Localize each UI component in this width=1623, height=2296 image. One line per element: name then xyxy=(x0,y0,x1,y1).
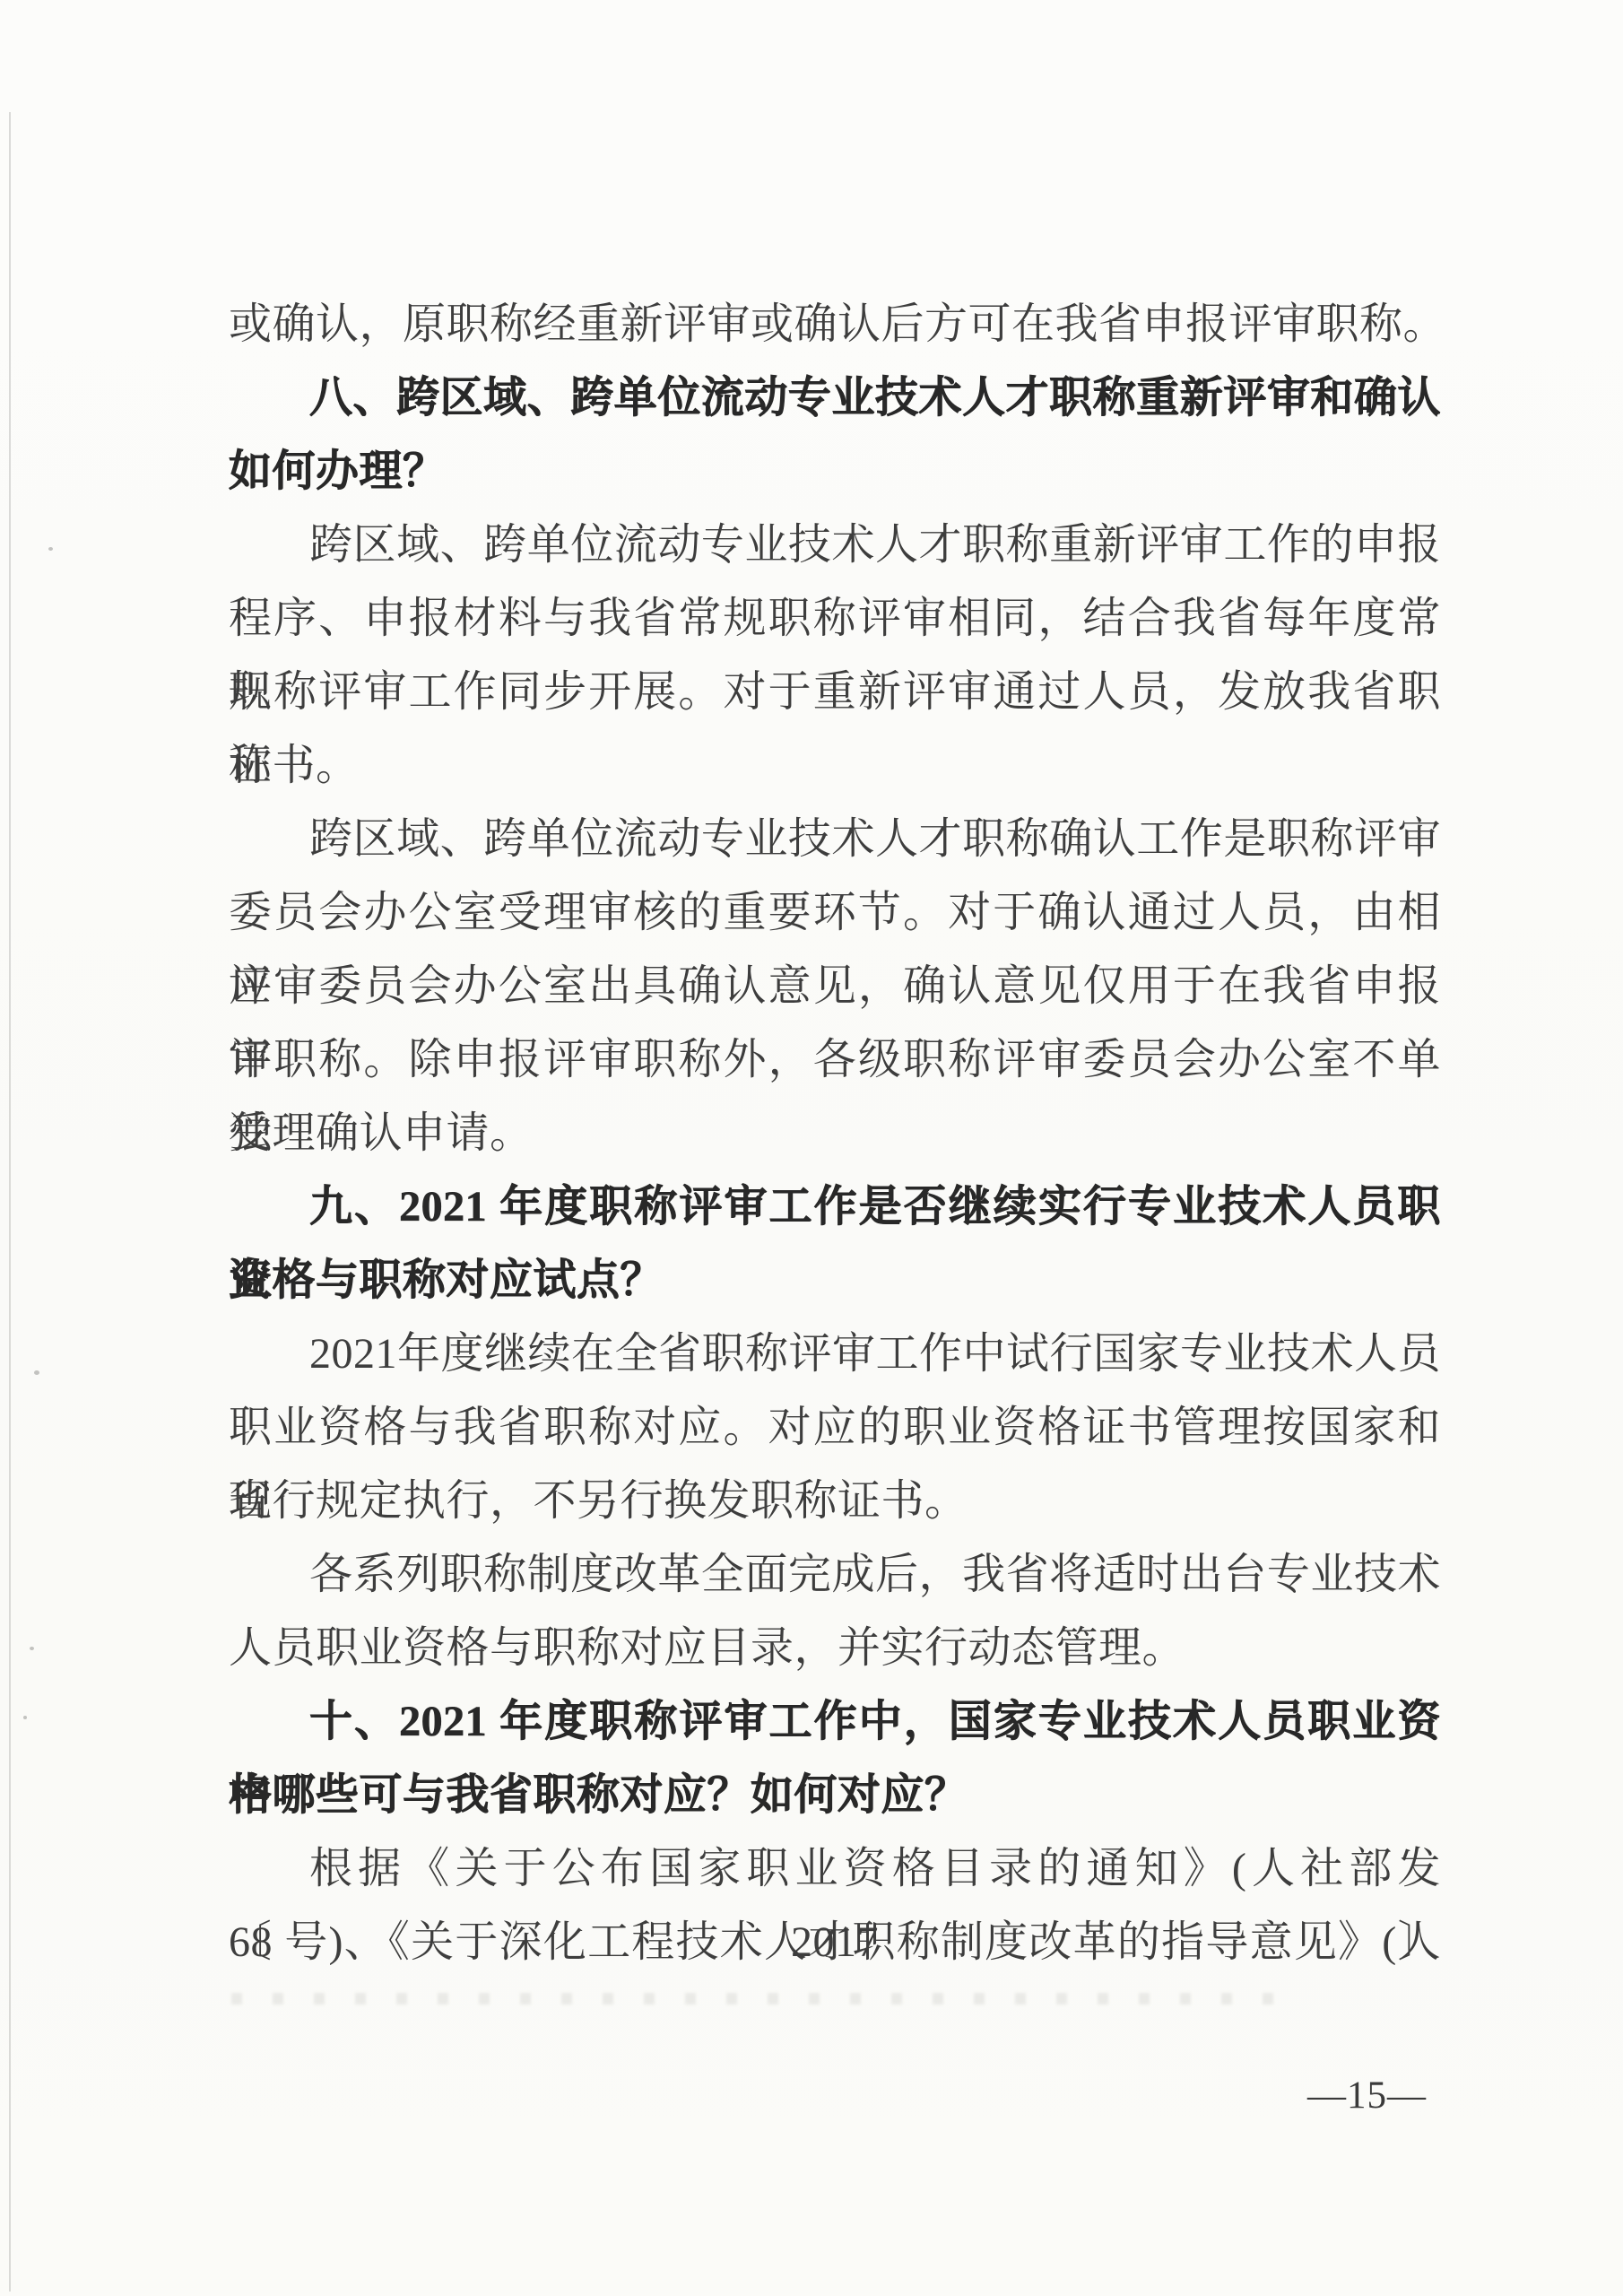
page-number: —15— xyxy=(1307,2070,1487,2122)
scan-speck xyxy=(48,547,53,551)
bleed-through-artifact xyxy=(231,1993,1298,2005)
text-line: 根据《关于公布国家职业资格目录的通知》(人社部发〔2017〕 xyxy=(229,1832,1441,1906)
heading-line-8: 八、跨区域、跨单位流动专业技术人才职称重新评审和确认 xyxy=(229,361,1441,435)
heading-line-8-cont: 如何办理？ xyxy=(229,435,1441,509)
scan-edge-artifact-line xyxy=(9,112,11,2292)
text-line: 委员会办公室受理审核的重要环节。对于确认通过人员，由相应 xyxy=(229,876,1441,950)
heading-line-10: 十、2021 年度职称评审工作中，国家专业技术人员职业资格 xyxy=(229,1685,1441,1759)
text-line: 68 号)、《关于深化工程技术人才职称制度改革的指导意见》(人 xyxy=(229,1906,1441,1979)
text-line: 各系列职称制度改革全面完成后，我省将适时出台专业技术 xyxy=(229,1538,1441,1612)
text-line: 跨区域、跨单位流动专业技术人才职称重新评审工作的申报 xyxy=(229,509,1441,582)
text-line: 程序、申报材料与我省常规职称评审相同，结合我省每年度常规 xyxy=(229,582,1441,656)
heading-line-9-cont: 资格与职称对应试点？ xyxy=(229,1244,1441,1318)
scan-speck xyxy=(34,1370,39,1375)
scan-speck xyxy=(30,1647,34,1650)
text-line: 受理确认申请。 xyxy=(229,1097,1441,1170)
text-line: 评审委员会办公室出具确认意见，确认意见仅用于在我省申报评 xyxy=(229,950,1441,1023)
document-body: 或确认，原职称经重新评审或确认后方可在我省申报评审职称。 八、跨区域、跨单位流动… xyxy=(229,288,1441,1979)
text-line: 或确认，原职称经重新评审或确认后方可在我省申报评审职称。 xyxy=(229,288,1441,361)
heading-line-10-cont: 中哪些可与我省职称对应？如何对应？ xyxy=(229,1759,1441,1832)
text-line: 跨区域、跨单位流动专业技术人才职称确认工作是职称评审 xyxy=(229,803,1441,876)
text-line: 证书。 xyxy=(229,729,1441,803)
text-line: 审职称。除申报评审职称外，各级职称评审委员会办公室不单独 xyxy=(229,1023,1441,1097)
text-line: 2021年度继续在全省职称评审工作中试行国家专业技术人员 xyxy=(229,1318,1441,1391)
text-line: 现行规定执行，不另行换发职称证书。 xyxy=(229,1465,1441,1538)
text-line: 职业资格与我省职称对应。对应的职业资格证书管理按国家和省 xyxy=(229,1391,1441,1465)
text-line: 职称评审工作同步开展。对于重新评审通过人员，发放我省职称 xyxy=(229,656,1441,729)
heading-line-9: 九、2021 年度职称评审工作是否继续实行专业技术人员职业 xyxy=(229,1170,1441,1244)
text-line: 人员职业资格与职称对应目录，并实行动态管理。 xyxy=(229,1612,1441,1685)
scan-speck xyxy=(23,1716,27,1719)
